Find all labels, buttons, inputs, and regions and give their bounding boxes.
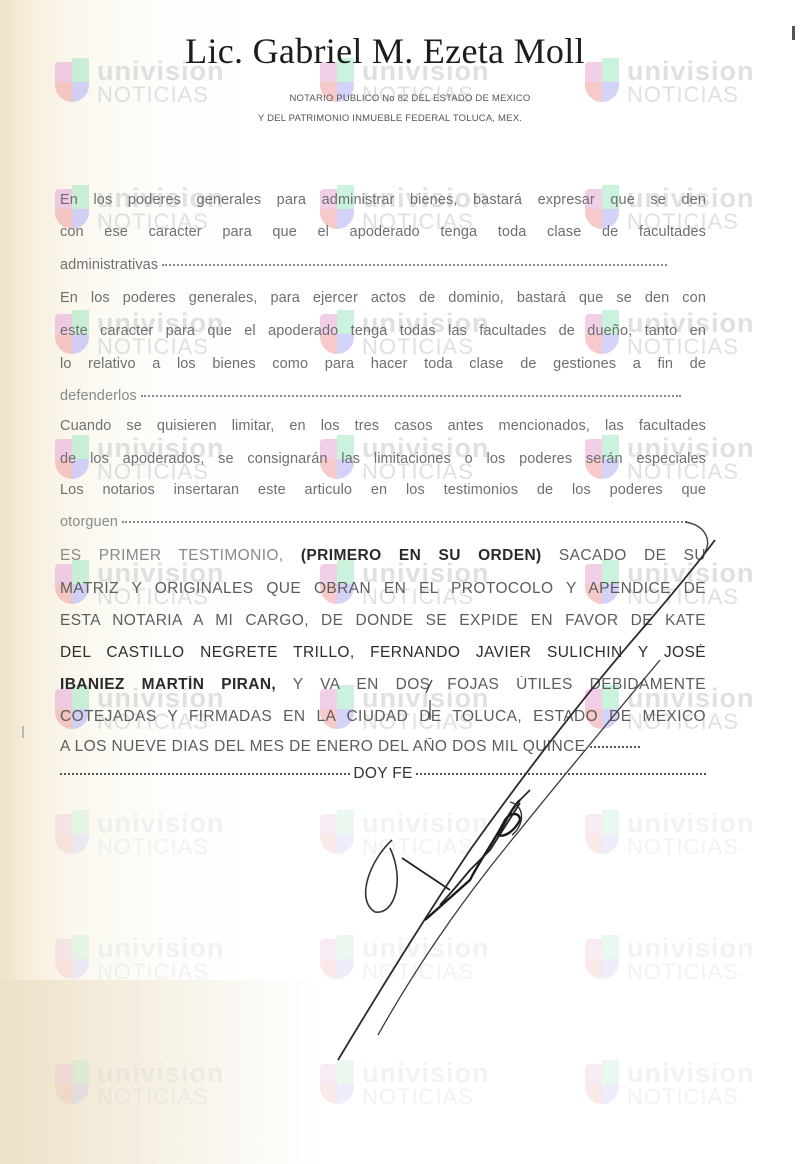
cert-line-7: A LOS NUEVE DIAS DEL MES DE ENERO DEL AÑ…: [60, 738, 706, 756]
cert-line-3: ESTA NOTARIA A MI CARGO, DE DONDE SE EXP…: [60, 612, 706, 630]
watermark-sub: NOTICIAS: [362, 1086, 490, 1108]
watermark-brand: univision: [362, 1060, 490, 1087]
corner-mark: [792, 26, 795, 40]
watermark-sub: NOTICIAS: [97, 1086, 225, 1108]
watermark-sub: NOTICIAS: [362, 336, 490, 358]
p2-line-1: En los poderes generales, para ejercer a…: [60, 290, 706, 306]
fill-dashes-left: [60, 773, 350, 775]
doy-fe-line: DOY FE: [60, 764, 706, 784]
watermark-sub: NOTICIAS: [627, 336, 755, 358]
p1-line-3-text: administrativas: [60, 257, 158, 273]
univision-logo-icon: [320, 1064, 354, 1104]
watermark-sub: NOTICIAS: [97, 836, 225, 858]
univision-logo-icon: [585, 814, 619, 854]
margin-mark: [22, 726, 24, 738]
p2-line-4: defenderlos: [60, 388, 706, 404]
cert-line-1: ES PRIMER TESTIMONIO, (PRIMERO EN SU ORD…: [60, 547, 706, 565]
watermark-logo: univisionNOTICIAS: [320, 935, 490, 983]
cert-line-2: MATRIZ Y ORIGINALES QUE OBRAN EN EL PROT…: [60, 580, 706, 598]
p2-line-3: lo relativo a los bienes como para hacer…: [60, 356, 706, 372]
univision-logo-icon: [55, 939, 89, 979]
watermark-brand: univision: [627, 810, 755, 837]
fill-dashes: [590, 746, 640, 748]
watermark-brand: univision: [97, 1060, 225, 1087]
p1-line-3: administrativas: [60, 257, 706, 273]
notary-name: Lic. Gabriel M. Ezeta Moll: [0, 30, 770, 72]
cert-line-5-a: IBANIEZ MARTÍN PIRAN,: [60, 676, 276, 693]
p1-line-1: En los poderes generales para administra…: [60, 192, 706, 208]
notary-jurisdiction: Y DEL PATRIMONIO INMUEBLE FEDERAL TOLUCA…: [0, 113, 780, 124]
notary-office: NOTARIO PUBLICO No 82 DEL ESTADO DE MEXI…: [20, 93, 800, 104]
cert-line-4: DEL CASTILLO NEGRETE TRILLO, FERNANDO JA…: [60, 644, 706, 662]
watermark-logo: univisionNOTICIAS: [55, 1060, 225, 1108]
watermark-sub: NOTICIAS: [627, 961, 755, 983]
p1-line-2: con ese caracter para que el apoderado t…: [60, 224, 706, 240]
univision-logo-icon: [320, 814, 354, 854]
cert-line-1-b: (PRIMERO EN SU ORDEN): [301, 547, 542, 564]
cert-line-7-text: A LOS NUEVE DIAS DEL MES DE ENERO DEL AÑ…: [60, 738, 585, 755]
watermark-sub: NOTICIAS: [362, 836, 490, 858]
cert-line-6: COTEJADAS Y FIRMADAS EN LA CIUDAD DE TOL…: [60, 708, 706, 726]
watermark-brand: univision: [362, 810, 490, 837]
doy-fe-label: DOY FE: [350, 765, 415, 783]
p4-line-2: otorguen: [60, 514, 706, 530]
cert-line-5-b: Y VA EN DOS FOJAS ÚTILES DEBIDAMENTE: [293, 676, 706, 693]
p4-line-1: Los notarios insertaran este articulo en…: [60, 482, 706, 498]
watermark-sub: NOTICIAS: [97, 336, 225, 358]
p3-line-2: de los apoderados, se consignarán las li…: [60, 451, 706, 467]
fill-dashes: [141, 395, 681, 397]
watermark-sub: NOTICIAS: [627, 836, 755, 858]
fill-dashes-right: [416, 773, 706, 775]
notarial-document-page: univisionNOTICIASunivisionNOTICIASunivis…: [0, 0, 800, 1164]
watermark-logo: univisionNOTICIAS: [55, 810, 225, 858]
watermark-brand: univision: [627, 1060, 755, 1087]
watermark-logo: univisionNOTICIAS: [585, 1060, 755, 1108]
p2-line-2: este caracter para que el apoderado teng…: [60, 323, 706, 339]
paper-shadow: [0, 980, 320, 1164]
watermark-logo: univisionNOTICIAS: [320, 1060, 490, 1108]
watermark-logo: univisionNOTICIAS: [585, 810, 755, 858]
watermark-sub: NOTICIAS: [627, 1086, 755, 1108]
cert-line-5: IBANIEZ MARTÍN PIRAN, Y VA EN DOS FOJAS …: [60, 676, 706, 694]
univision-logo-icon: [55, 814, 89, 854]
watermark-brand: univision: [97, 935, 225, 962]
univision-logo-icon: [585, 939, 619, 979]
watermark-logo: univisionNOTICIAS: [320, 810, 490, 858]
watermark-sub: NOTICIAS: [362, 961, 490, 983]
univision-logo-icon: [55, 1064, 89, 1104]
watermark-brand: univision: [362, 935, 490, 962]
univision-logo-icon: [585, 1064, 619, 1104]
p2-line-4-text: defenderlos: [60, 388, 137, 404]
watermark-logo: univisionNOTICIAS: [585, 935, 755, 983]
watermark-brand: univision: [97, 810, 225, 837]
univision-logo-icon: [320, 939, 354, 979]
watermark-brand: univision: [627, 935, 755, 962]
watermark-logo: univisionNOTICIAS: [55, 935, 225, 983]
fill-dashes: [162, 264, 667, 266]
p3-line-1: Cuando se quisieren limitar, en los tres…: [60, 418, 706, 434]
p4-line-2-text: otorguen: [60, 514, 118, 530]
cert-line-1-c: SACADO DE SU: [559, 547, 706, 564]
watermark-sub: NOTICIAS: [97, 961, 225, 983]
fill-dashes: [122, 521, 687, 523]
cert-line-1-a: ES PRIMER TESTIMONIO,: [60, 547, 284, 564]
